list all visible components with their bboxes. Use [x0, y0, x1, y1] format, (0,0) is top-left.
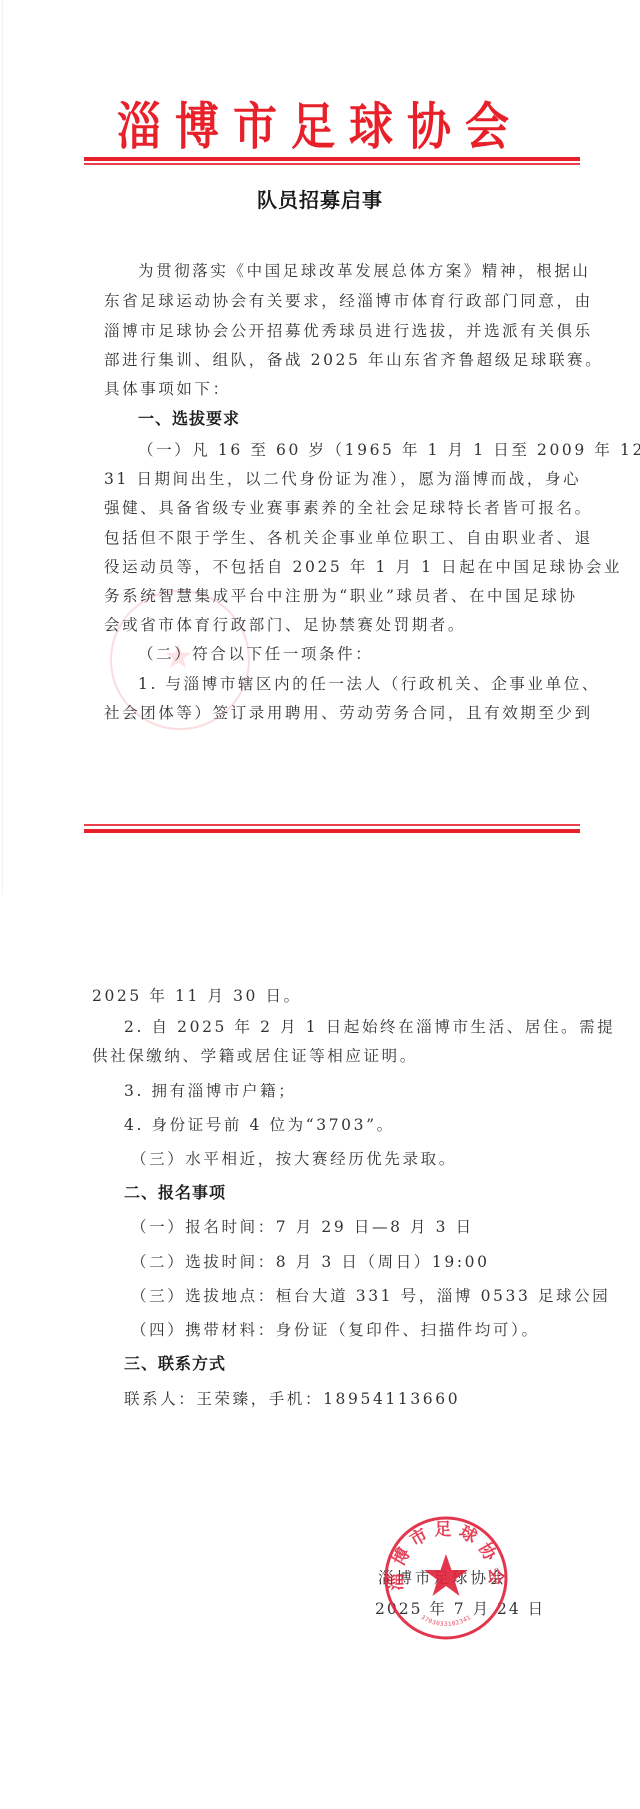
condition4: 4. 身份证号前 4 位为“3703”。 — [124, 1115, 395, 1135]
condition1-line: 2025 年 11 月 30 日。 — [92, 986, 302, 1006]
section1-item1-line: 31 日期间出生，以二代身份证为准），愿为淄博而战，身心 — [104, 469, 581, 489]
section2-item: （一）报名时间：7 月 29 日—8 月 3 日 — [131, 1217, 474, 1237]
condition2-line: 供社保缴纳、学籍或居住证等相应证明。 — [92, 1046, 418, 1066]
section1-item1-line: 包括但不限于学生、各机关企事业单位职工、自由职业者、退 — [104, 528, 593, 548]
letterhead-rule-thin — [84, 163, 580, 165]
intro-line: 淄博市足球协会公开招募优秀球员进行选拔，并选派有关俱乐 — [104, 321, 593, 341]
section1-heading: 一、选拔要求 — [138, 409, 240, 429]
section1-item1-line: 役运动员等，不包括自 2025 年 1 月 1 日起在中国足球协会业 — [104, 557, 622, 577]
letterhead-rule-thick — [84, 157, 580, 161]
condition1-line: 社会团体等）签订录用聘用、劳动劳务合同，且有效期至少到 — [104, 703, 593, 723]
condition3: 3. 拥有淄博市户籍； — [124, 1081, 296, 1101]
section1-item2-heading: （二）符合以下任一项条件： — [138, 644, 373, 664]
letterhead-org-name: 淄博市足球协会 — [0, 96, 640, 160]
page1-rule-thin — [84, 824, 580, 826]
section2-item: （二）选拔时间：8 月 3 日（周日）19:00 — [131, 1252, 490, 1272]
document-title: 队员招募启事 — [0, 184, 640, 213]
intro-line: 具体事项如下： — [104, 379, 231, 399]
condition1-line: 1. 与淄博市辖区内的任一法人（行政机关、企事业单位、 — [138, 674, 600, 694]
condition2-line: 2. 自 2025 年 2 月 1 日起始终在淄博市生活、居住。需提 — [124, 1017, 615, 1037]
section3-heading: 三、联系方式 — [124, 1354, 226, 1374]
section1-item3: （三）水平相近，按大赛经历优先录取。 — [131, 1149, 457, 1169]
section1-item1-line: （一）凡 16 至 60 岁（1965 年 1 月 1 日至 2009 年 12… — [138, 440, 640, 460]
intro-line: 为贯彻落实《中国足球改革发展总体方案》精神，根据山 — [138, 261, 591, 281]
section2-item: （三）选拔地点：桓台大道 331 号，淄博 0533 足球公园 — [131, 1286, 610, 1306]
section1-item1-line: 会或省市体育行政部门、足协禁赛处罚期者。 — [104, 615, 466, 635]
intro-line: 部进行集训、组队，备战 2025 年山东省齐鲁超级足球联赛。 — [104, 350, 603, 370]
contact-line: 联系人：王荣臻，手机：18954113660 — [124, 1389, 460, 1409]
official-seal-icon: 淄博市足球协会 3703033102341 — [382, 1514, 510, 1642]
section2-item: （四）携带材料：身份证（复印件、扫描件均可）。 — [131, 1320, 540, 1340]
section1-item1-line: 务系统智慧集成平台中注册为“职业”球员者、在中国足球协 — [104, 586, 578, 606]
svg-text:3703033102341: 3703033102341 — [420, 1614, 473, 1628]
intro-line: 东省足球运动协会有关要求，经淄博市体育行政部门同意，由 — [104, 291, 593, 311]
page1-rule-thick — [84, 829, 580, 833]
section2-heading: 二、报名事项 — [124, 1183, 226, 1203]
section1-item1-line: 强健、具备省级专业赛事素养的全社会足球特长者皆可报名。 — [104, 498, 593, 518]
